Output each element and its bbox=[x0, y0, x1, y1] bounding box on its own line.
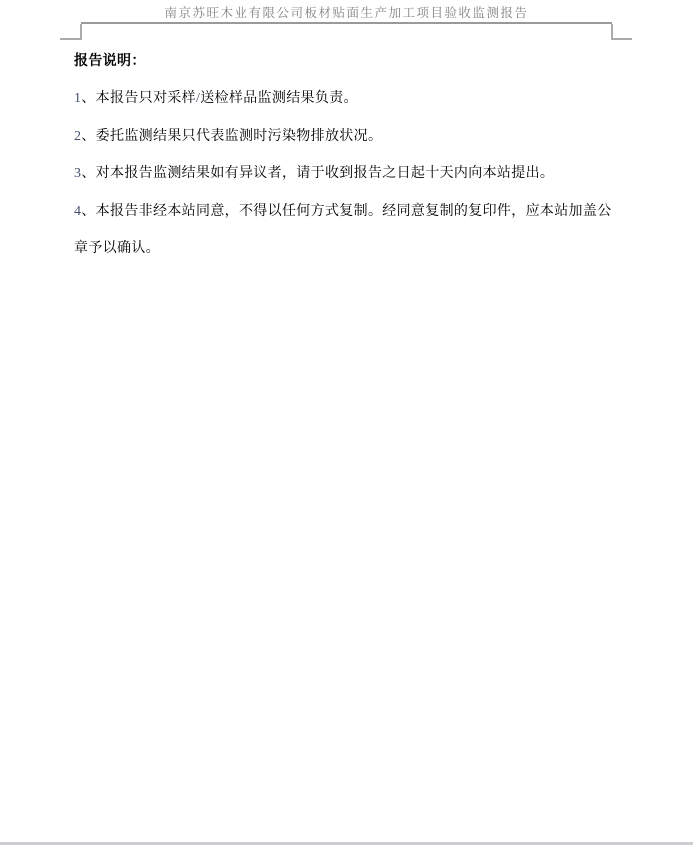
item-text: 、本报告非经本站同意，不得以任何方式复制。经同意复制的复印件，应本站加盖公章予以… bbox=[74, 204, 612, 256]
report-notes: 报告说明： 1、本报告只对采样/送检样品监测结果负责。 2、委托监测结果只代表监… bbox=[74, 43, 616, 267]
item-text: 、对本报告监测结果如有异议者，请于收到报告之日起十天内向本站提出。 bbox=[81, 166, 554, 181]
text-boundary-mark-right-horizontal bbox=[611, 38, 632, 40]
note-item-1: 1、本报告只对采样/送检样品监测结果负责。 bbox=[74, 80, 616, 117]
page-bottom-edge bbox=[0, 842, 693, 845]
note-item-2: 2、委托监测结果只代表监测时污染物排放状况。 bbox=[74, 118, 616, 155]
page-header-title: 南京苏旺木业有限公司板材贴面生产加工项目验收监测报告 bbox=[81, 5, 612, 22]
note-item-3: 3、对本报告监测结果如有异议者，请于收到报告之日起十天内向本站提出。 bbox=[74, 155, 616, 192]
note-item-4: 4、本报告非经本站同意，不得以任何方式复制。经同意复制的复印件，应本站加盖公章予… bbox=[74, 193, 616, 268]
header-underline bbox=[81, 22, 612, 24]
item-text: 、本报告只对采样 bbox=[81, 91, 196, 106]
text-boundary-mark-left-horizontal bbox=[60, 38, 81, 40]
item-text: 送检样品监测结果负责。 bbox=[200, 91, 358, 106]
item-text: 、委托监测结果只代表监测时污染物排放状况。 bbox=[81, 129, 382, 144]
notes-heading: 报告说明： bbox=[74, 43, 616, 80]
document-page: 南京苏旺木业有限公司板材贴面生产加工项目验收监测报告 报告说明： 1、本报告只对… bbox=[0, 0, 693, 848]
